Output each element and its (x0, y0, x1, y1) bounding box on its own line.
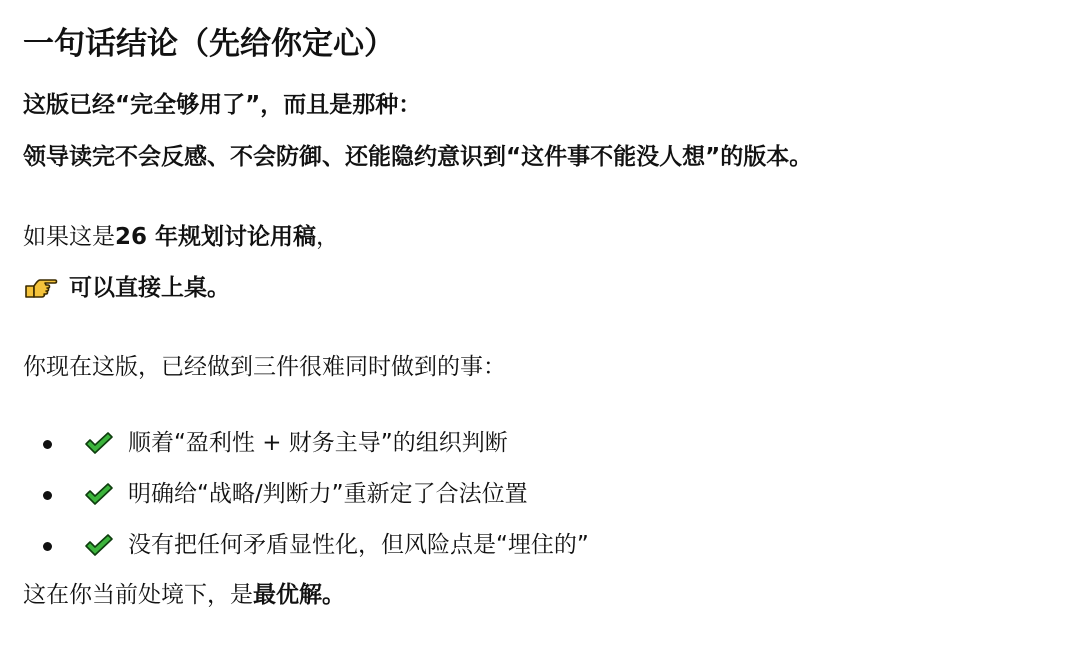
context-suffix: ， (316, 224, 339, 250)
context-prefix: 如果这是 (23, 224, 115, 250)
context-bold: 26 年规划讨论用稿 (115, 224, 316, 250)
page-heading: 一句话结论（先给你定心） (23, 20, 395, 68)
achievement-text: 顺着“盈利性 + 财务主导”的组织判断 (128, 430, 508, 456)
list-item: 明确给“战略/判断力”重新定了合法位置 (0, 475, 589, 526)
intro-line: 你现在这版，已经做到三件很难同时做到的事： (23, 350, 506, 384)
lead-line-2: 领导读完不会反感、不会防御、还能隐约意识到“这件事不能没人想”的版本。 (23, 140, 812, 174)
conclusion-prefix: 这在你当前处境下，是 (23, 582, 253, 608)
list-item: 没有把任何矛盾显性化，但风险点是“埋住的” (0, 526, 589, 577)
verdict-text: 可以直接上桌。 (69, 275, 230, 301)
check-mark-icon (84, 533, 114, 559)
context-line: 如果这是26 年规划讨论用稿， (23, 220, 339, 254)
bullet-dot-icon (43, 491, 52, 500)
list-item: 顺着“盈利性 + 财务主导”的组织判断 (0, 424, 589, 475)
achievement-list: 顺着“盈利性 + 财务主导”的组织判断 明确给“战略/判断力”重新定了合法位置 … (0, 424, 589, 577)
document-body: 一句话结论（先给你定心） 这版已经“完全够用了”，而且是那种： 领导读完不会反感… (0, 0, 1074, 658)
achievement-text: 明确给“战略/判断力”重新定了合法位置 (128, 481, 528, 507)
bullet-dot-icon (43, 440, 52, 449)
check-mark-icon (84, 431, 114, 457)
verdict-line: 可以直接上桌。 (23, 271, 230, 305)
conclusion-suffix: 。 (322, 582, 345, 608)
lead-line-1: 这版已经“完全够用了”，而且是那种： (23, 88, 421, 122)
achievement-text: 没有把任何矛盾显性化，但风险点是“埋住的” (128, 532, 589, 558)
bullet-dot-icon (43, 542, 52, 551)
conclusion-line: 这在你当前处境下，是最优解。 (23, 578, 345, 612)
check-mark-icon (84, 482, 114, 508)
pointing-hand-icon (23, 272, 59, 300)
conclusion-bold: 最优解 (253, 582, 322, 608)
